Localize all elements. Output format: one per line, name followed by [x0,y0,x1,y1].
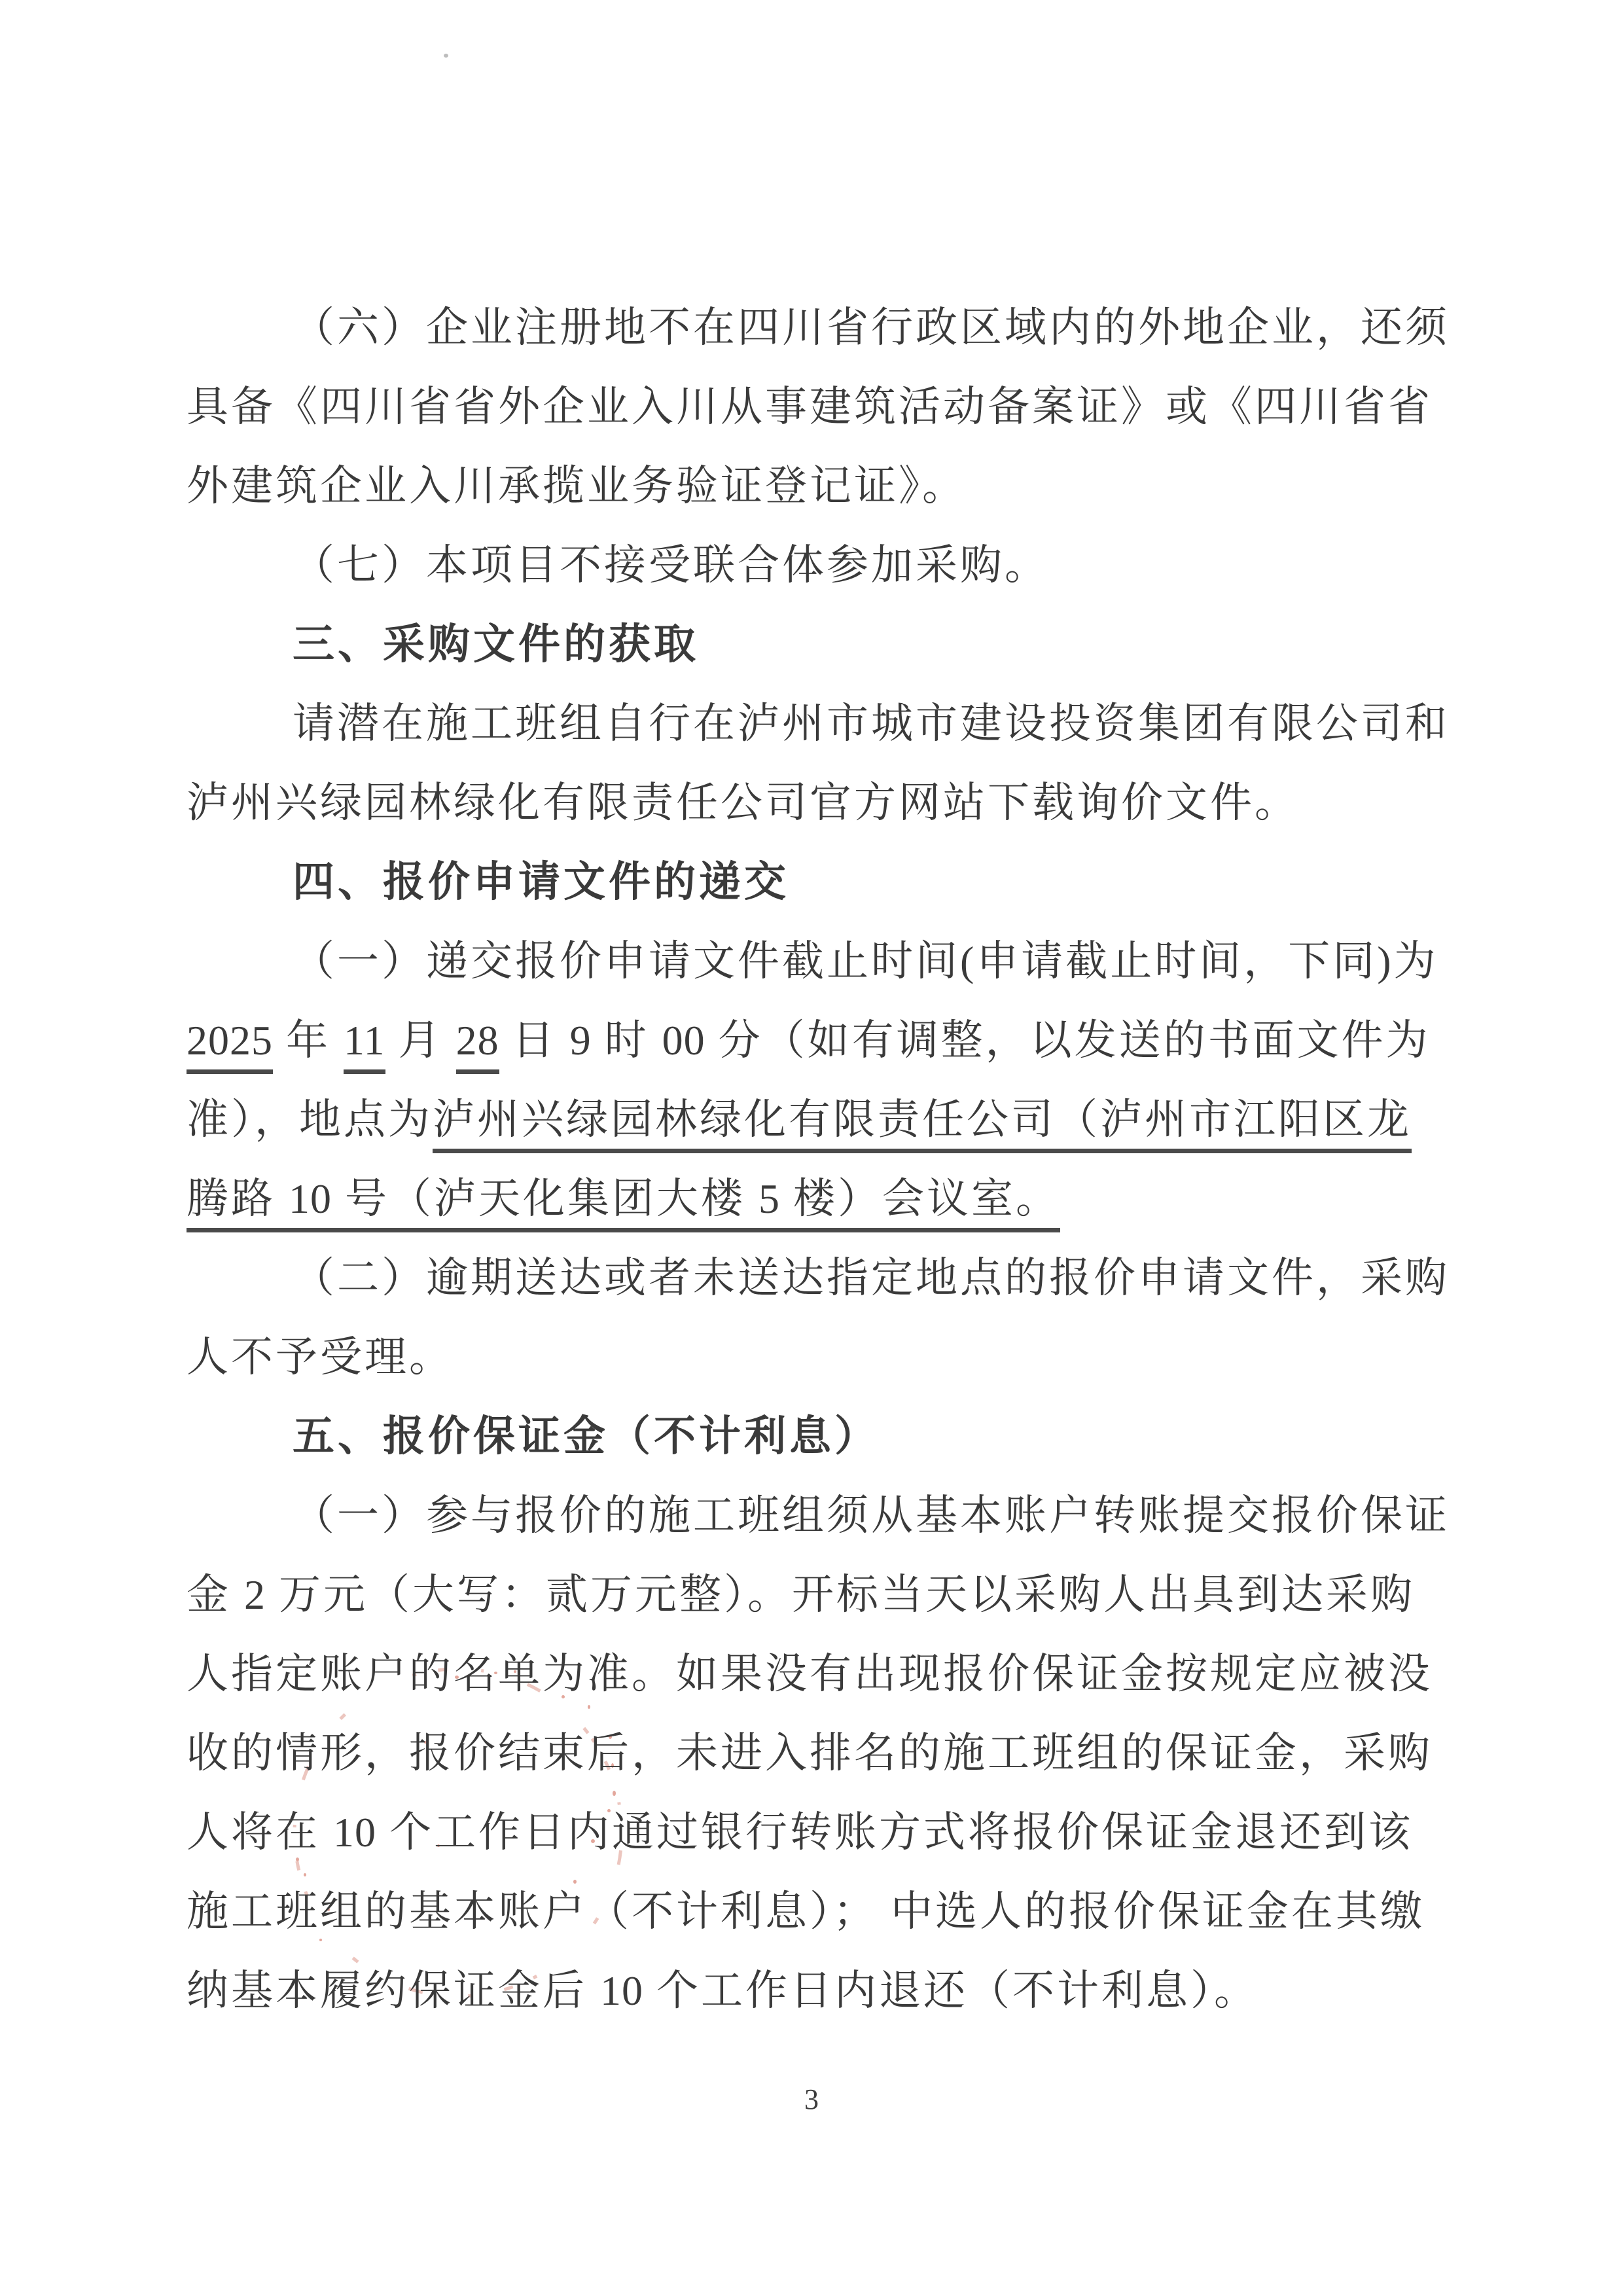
text-segment: 年 [273,1017,344,1064]
text-line: （一）递交报价申请文件截止时间(申请截止时间，下同)为 [187,922,1436,1001]
text-segment: 五、报价保证金（不计利息） [293,1412,880,1460]
text-segment: 10 [600,1967,643,2014]
text-line: 收的情形，报价结束后，未进入排名的施工班组的保证金，采购 [187,1713,1436,1793]
text-line: 人指定账户的名单为准。如果没有出现报价保证金按规定应被没 [187,1634,1436,1713]
text-line: 人将在 10 个工作日内通过银行转账方式将报价保证金退还到该 [187,1793,1436,1872]
text-line: 人不予受理。 [187,1318,1436,1397]
section-heading: 五、报价保证金（不计利息） [187,1397,1436,1476]
text-segment: 时 [592,1017,662,1064]
text-segment: （二）逾期送达或者未送达指定地点的报价申请文件，采购 [293,1255,1450,1301]
text-segment: 施工班组的基本账户（不计利息）； 中选人的报价保证金在其缴 [187,1888,1425,1935]
text-segment: 三、采购文件的获取 [293,620,699,668]
text-segment: 10 [333,1809,376,1856]
underlined-text: 28 [456,1017,499,1074]
underlined-text: 5 [758,1175,780,1232]
underlined-text: 楼）会议室。 [780,1175,1060,1232]
text-line: （七）本项目不接受联合体参加采购。 [187,526,1436,605]
underlined-text: 号（泸天化集团大楼 [332,1175,758,1232]
text-line: （二）逾期送达或者未送达指定地点的报价申请文件，采购 [187,1238,1436,1318]
text-segment: 请潜在施工班组自行在泸州市城市建设投资集团有限公司和 [293,700,1450,747]
text-segment: 准），地点为 [187,1096,433,1143]
underlined-text: 11 [344,1017,385,1074]
text-segment: 收的情形，报价结束后，未进入排名的施工班组的保证金，采购 [187,1730,1433,1776]
underlined-text: 10 [289,1175,332,1232]
text-segment: 万元（大写：贰万元整）。开标当天以采购人出具到达采购 [266,1571,1415,1618]
text-segment: 00 [662,1017,705,1064]
text-segment: 月 [385,1017,456,1064]
text-line: 具备《四川省省外企业入川从事建筑活动备案证》或《四川省省 [187,367,1436,446]
text-line: 泸州兴绿园林绿化有限责任公司官方网站下载询价文件。 [187,763,1436,842]
document-page: （六）企业注册地不在四川省行政区域内的外地企业，还须具备《四川省省外企业入川从事… [0,0,1623,2296]
text-line: 施工班组的基本账户（不计利息）； 中选人的报价保证金在其缴 [187,1872,1436,1951]
text-segment: （一）参与报价的施工班组须从基本账户转账提交报价保证 [293,1492,1450,1539]
text-segment: （六）企业注册地不在四川省行政区域内的外地企业，还须 [293,304,1450,351]
text-segment: 9 [570,1017,592,1064]
underlined-text: 2025 [187,1017,273,1074]
text-line: 外建筑企业入川承揽业务验证登记证》。 [187,446,1436,526]
text-segment: 个工作日内通过银行转账方式将报价保证金退还到该 [376,1809,1413,1856]
text-segment: 具备《四川省省外企业入川从事建筑活动备案证》或《四川省省 [187,384,1433,430]
page-number: 3 [0,2083,1623,2116]
text-segment: 泸州兴绿园林绿化有限责任公司官方网站下载询价文件。 [187,780,1299,826]
text-line: （一）参与报价的施工班组须从基本账户转账提交报价保证 [187,1476,1436,1555]
text-segment: 外建筑企业入川承揽业务验证登记证》。 [187,463,967,509]
text-segment: （七）本项目不接受联合体参加采购。 [293,542,1049,588]
text-segment: 四、报价申请文件的递交 [293,858,789,905]
underlined-text: 腾路 [187,1175,289,1232]
text-segment: 2 [244,1571,266,1618]
text-line: 纳基本履约保证金后 10 个工作日内退还（不计利息）。 [187,1951,1436,2030]
text-segment: 人指定账户的名单为准。如果没有出现报价保证金按规定应被没 [187,1651,1433,1697]
text-line: 腾路 10 号（泸天化集团大楼 5 楼）会议室。 [187,1159,1436,1238]
text-line: 金 2 万元（大写：贰万元整）。开标当天以采购人出具到达采购 [187,1555,1436,1634]
section-heading: 三、采购文件的获取 [187,605,1436,684]
text-segment: 个工作日内退还（不计利息）。 [643,1967,1258,2014]
text-segment: 金 [187,1571,244,1618]
section-heading: 四、报价申请文件的递交 [187,842,1436,922]
text-segment: 人不予受理。 [187,1334,454,1380]
text-line: 准），地点为泸州兴绿园林绿化有限责任公司（泸州市江阳区龙 [187,1080,1436,1159]
text-line: 2025 年 11 月 28 日 9 时 00 分（如有调整，以发送的书面文件为 [187,1001,1436,1080]
text-segment: （一）递交报价申请文件截止时间(申请截止时间，下同)为 [293,938,1438,984]
underlined-text: 泸州兴绿园林绿化有限责任公司（泸州市江阳区龙 [433,1096,1412,1153]
document-body: （六）企业注册地不在四川省行政区域内的外地企业，还须具备《四川省省外企业入川从事… [187,288,1436,2030]
text-segment: 人将在 [187,1809,333,1856]
text-line: （六）企业注册地不在四川省行政区域内的外地企业，还须 [187,288,1436,367]
scan-speck [444,54,448,58]
text-segment: 纳基本履约保证金后 [187,1967,600,2014]
text-line: 请潜在施工班组自行在泸州市城市建设投资集团有限公司和 [187,684,1436,763]
text-segment: 日 [499,1017,570,1064]
text-segment: 分（如有调整，以发送的书面文件为 [705,1017,1431,1064]
